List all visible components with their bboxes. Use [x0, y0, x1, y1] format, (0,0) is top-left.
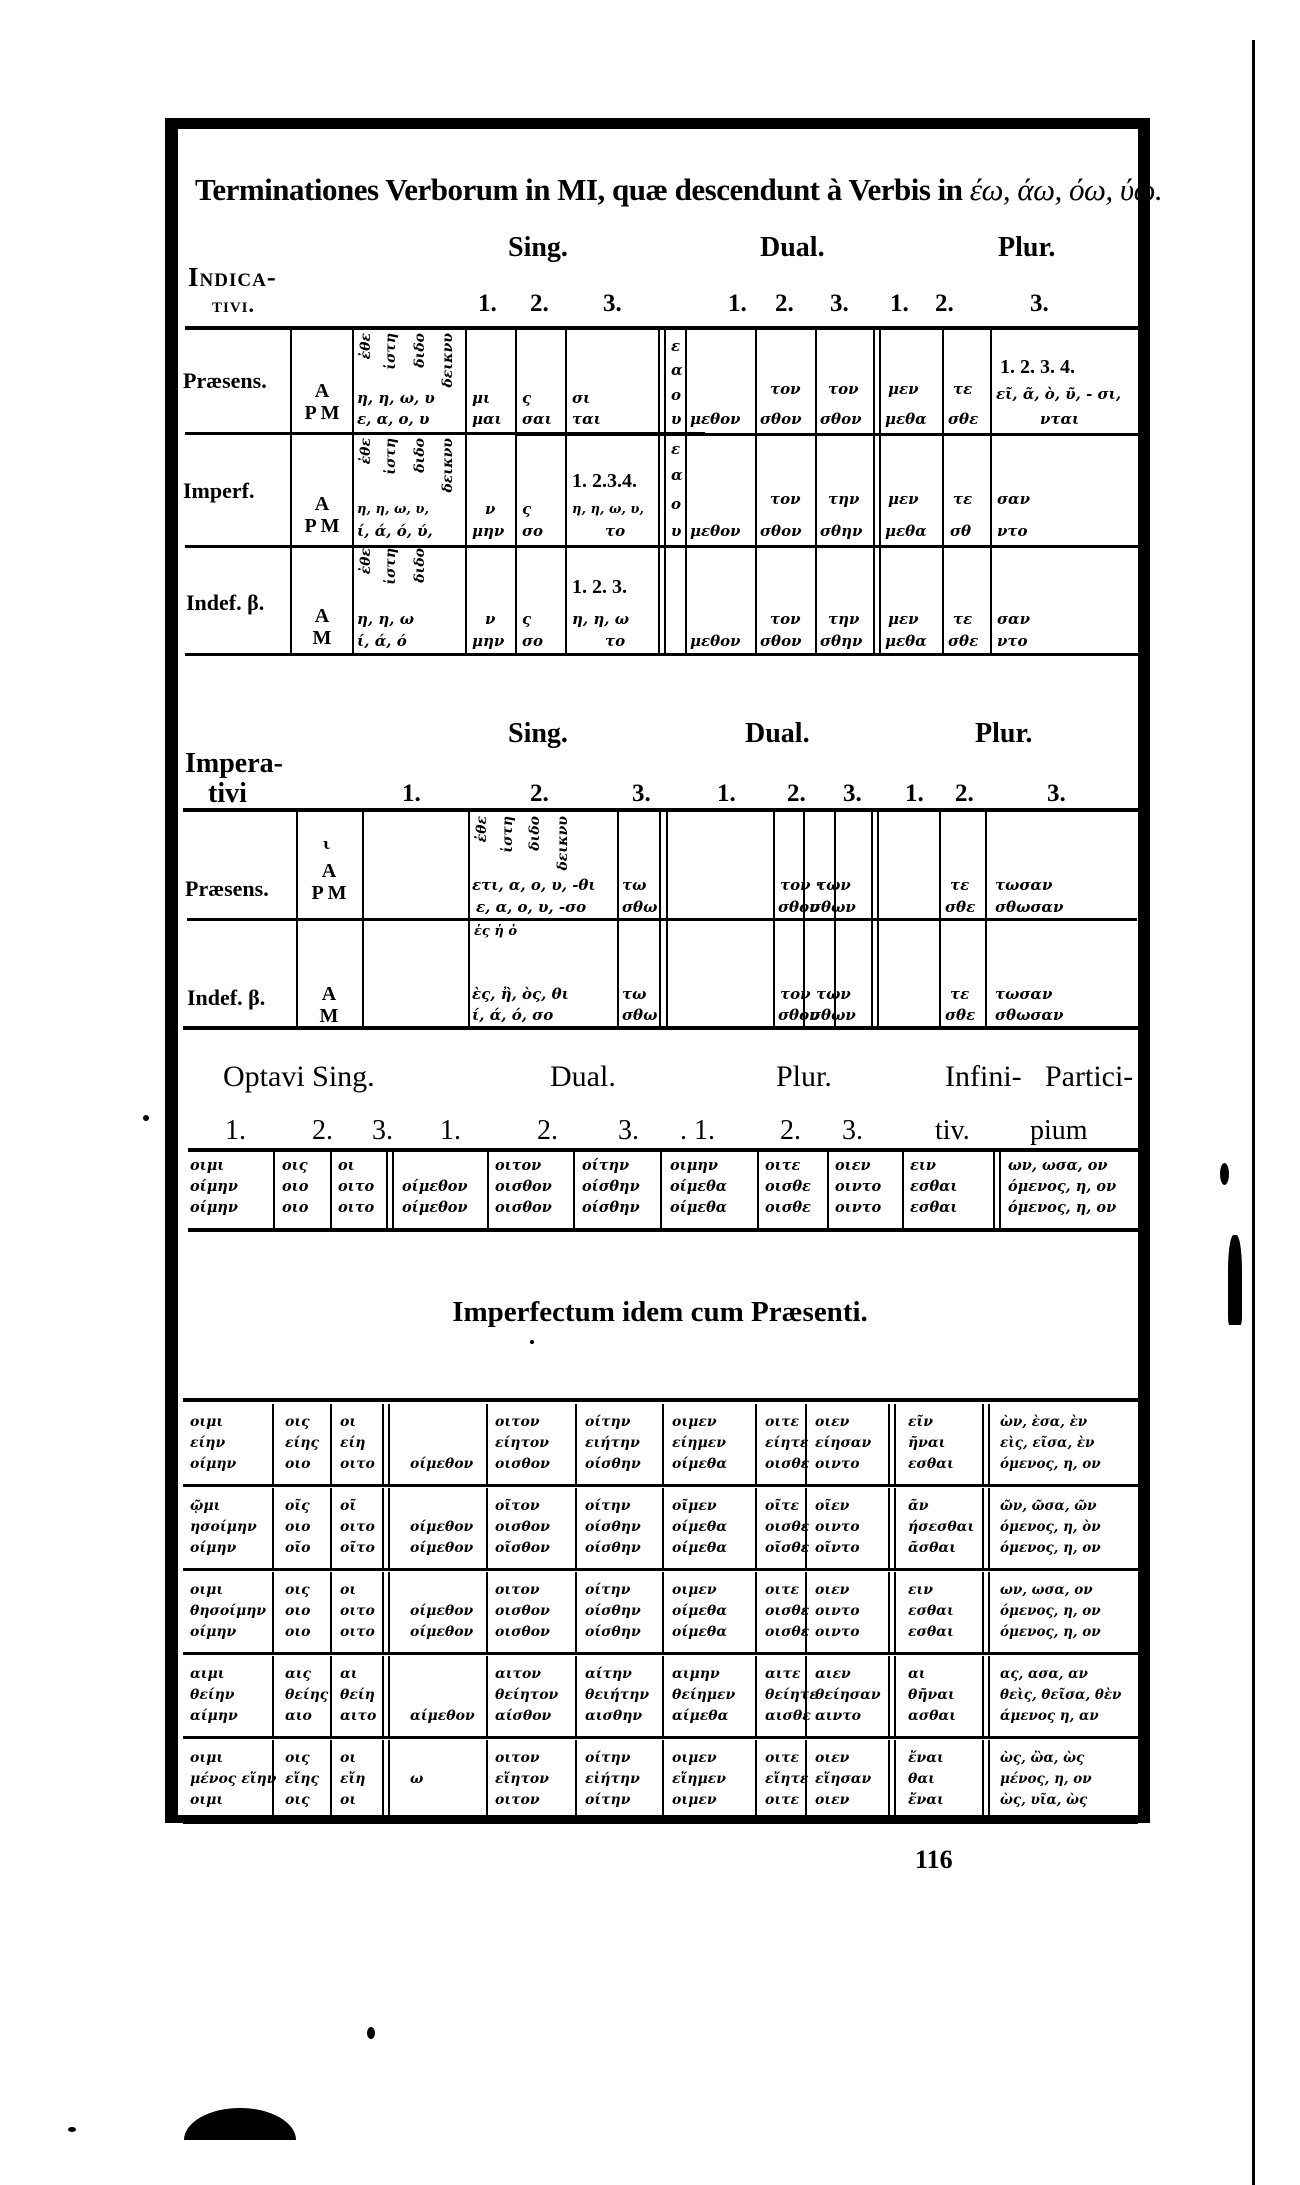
- column-c1: οιμιοίμηνοίμην: [190, 1155, 238, 1218]
- form: οιντο: [815, 1454, 871, 1475]
- person-2: 2.: [935, 290, 954, 318]
- paradigm-cell-c4: αίμεθον: [410, 1664, 475, 1727]
- form: αίμεθα: [672, 1706, 735, 1727]
- paradigm-cell-c9: αιενθείησαναιντο: [815, 1664, 881, 1727]
- ending: μεθα: [885, 522, 927, 541]
- column-divider: [575, 1572, 577, 1652]
- form: οισθε: [765, 1454, 809, 1475]
- ending: σθον: [760, 410, 801, 429]
- person-3: 3.: [603, 290, 622, 318]
- ending: σθων: [810, 1006, 856, 1025]
- ink-blot: [184, 2108, 296, 2140]
- ending: σο: [522, 632, 543, 651]
- form: είητον: [495, 1433, 550, 1454]
- scan-edge-line: [1252, 40, 1255, 2185]
- column-divider: [565, 330, 567, 655]
- person-1: 1.: [717, 780, 736, 808]
- paradigm-cell-c11: ῶν, ῶσα, ῶνόμενος, η, ὸνόμενος, η, ον: [1000, 1496, 1101, 1559]
- paradigm-cell-c4: οίμεθονοίμεθον: [410, 1580, 473, 1643]
- form: οῖσθε: [765, 1538, 809, 1559]
- column-c11: ων, ωσα, ονόμενος, η, ονόμενος, η, ον: [1008, 1155, 1116, 1218]
- header-rule: [183, 1398, 1138, 1402]
- stem-labels: ἑς ἡ ὀ: [474, 922, 517, 941]
- stems-passive: ε, α, ο, υ: [357, 410, 429, 429]
- form: ω: [410, 1769, 423, 1790]
- form: [410, 1685, 475, 1706]
- ending: σθω: [622, 898, 657, 917]
- ending: μι: [472, 389, 490, 408]
- ending: σο: [522, 522, 543, 541]
- form: οις: [285, 1748, 319, 1769]
- column-divider: [757, 1152, 759, 1228]
- column-c8: οιτεοισθεοισθε: [765, 1155, 811, 1218]
- form: [410, 1496, 473, 1517]
- column-divider: [685, 330, 687, 655]
- form: θεὶς, θεῖσα, θὲν: [1000, 1685, 1121, 1706]
- form: οιντο: [815, 1622, 860, 1643]
- form: οίσθην: [585, 1601, 641, 1622]
- paradigm-cell-c1: αιμιθείηναίμην: [190, 1664, 238, 1727]
- form: αι: [908, 1664, 956, 1685]
- ending: μεθα: [885, 410, 927, 429]
- column-divider: [999, 1152, 1001, 1228]
- form: ησοίμην: [190, 1517, 257, 1538]
- form: οῖο: [285, 1538, 310, 1559]
- header-optative-sing: Optavi Sing.: [223, 1060, 375, 1094]
- form: όμενος, η, ὸν: [1000, 1517, 1101, 1538]
- form: αιτε: [765, 1664, 818, 1685]
- form: οίμεθον: [410, 1517, 473, 1538]
- ending: σθω: [622, 1006, 657, 1025]
- ending: σθην: [820, 632, 862, 651]
- form: όμενος, η, ον: [1000, 1622, 1101, 1643]
- ending: τε: [950, 876, 969, 895]
- ending: σθην: [820, 522, 862, 541]
- ending: τον: [780, 985, 811, 1004]
- column-divider: [272, 1572, 274, 1652]
- ink-speck: [367, 2027, 375, 2039]
- form: οίμεθον: [410, 1538, 473, 1559]
- person-1: 1.: [440, 1115, 461, 1147]
- ending: σθον: [760, 522, 801, 541]
- column-c7: οιμηνοίμεθαοίμεθα: [670, 1155, 727, 1218]
- column-divider: [382, 1572, 384, 1652]
- row-rule: [183, 1736, 1138, 1739]
- row-label: Præsens.: [183, 368, 267, 394]
- ending: τον ·: [780, 876, 821, 895]
- person-1: 1.: [905, 780, 924, 808]
- form: αις: [285, 1664, 328, 1685]
- ending: ς: [522, 389, 531, 408]
- voice-marker: AP M: [292, 380, 352, 424]
- form: μένος, η, ον: [1000, 1769, 1092, 1790]
- header-sing: Sing.: [508, 718, 568, 750]
- ending: τον: [770, 610, 801, 629]
- paradigm-cell-c6: οίτηνοίσθηνοίσθην: [585, 1580, 641, 1643]
- ending: μεθα: [885, 632, 927, 651]
- form: οίμην: [190, 1454, 236, 1475]
- form: είησαν: [815, 1433, 871, 1454]
- paradigm-cell-c4: οίμεθονοίμεθον: [410, 1496, 473, 1559]
- form: οιεν: [835, 1155, 881, 1176]
- form: θείητον: [495, 1685, 558, 1706]
- person-1: 1.: [728, 290, 747, 318]
- person-2: 2.: [787, 780, 806, 808]
- header-plur: Plur.: [776, 1060, 832, 1094]
- stem-label-rotated: ἐθε: [358, 548, 374, 574]
- form: οι: [340, 1412, 375, 1433]
- column-c10: εινεσθαιεσθαι: [910, 1155, 957, 1218]
- form: οίμεθον: [410, 1622, 473, 1643]
- column-divider: [392, 1152, 394, 1228]
- form: οι: [338, 1155, 374, 1176]
- column-divider: [755, 1404, 757, 1484]
- column-divider: [755, 1488, 757, 1568]
- form: οίμεθα: [672, 1601, 727, 1622]
- form: οῖτον: [495, 1496, 550, 1517]
- form: οις: [285, 1412, 319, 1433]
- column-divider: [662, 1572, 664, 1652]
- form: οις: [285, 1790, 319, 1811]
- row-rule: [185, 653, 1140, 656]
- page-title: Terminationes Verborum in MI, quæ descen…: [195, 172, 1155, 208]
- form: αιτο: [340, 1706, 376, 1727]
- column-divider: [330, 1656, 332, 1736]
- form: οιμι: [190, 1580, 266, 1601]
- form: ων, ωσα, ον: [1008, 1155, 1116, 1176]
- column-c4: οίμεθονοίμεθον: [402, 1155, 468, 1218]
- form: ειήτην: [585, 1433, 641, 1454]
- column-divider: [352, 330, 354, 655]
- dual-marker: ο: [671, 386, 681, 405]
- ending: μην: [472, 632, 504, 651]
- title-greek: έω, άω, όω, ύω.: [970, 172, 1163, 207]
- form: οιτε: [765, 1580, 809, 1601]
- ending: σθε: [948, 632, 978, 651]
- form: θαι: [908, 1769, 944, 1790]
- column-divider: [388, 1656, 390, 1736]
- form: οῖμεν: [672, 1496, 727, 1517]
- column-divider: [330, 1404, 332, 1484]
- form: οιτο: [340, 1622, 375, 1643]
- column-divider: [662, 1656, 664, 1736]
- column-divider: [272, 1656, 274, 1736]
- form: οίτην: [585, 1748, 640, 1769]
- form: οιεν: [815, 1748, 871, 1769]
- form: οίσθην: [585, 1622, 641, 1643]
- ending: τε: [953, 380, 972, 399]
- ending: σθωσαν: [995, 1006, 1063, 1025]
- ending: τε: [953, 610, 972, 629]
- paradigm-cell-c7: οιμενοίμεθαοίμεθα: [672, 1580, 727, 1643]
- ending: η, η, ω: [572, 610, 629, 629]
- column-divider: [388, 1572, 390, 1652]
- dual-marker: ε: [671, 440, 680, 459]
- form: θείησαν: [815, 1685, 881, 1706]
- ending: σθωσαν: [995, 898, 1063, 917]
- column-divider: [755, 330, 757, 655]
- stem-label-rotated: ἱστη: [500, 816, 516, 853]
- ending: η, η, ω, υ,: [572, 500, 644, 519]
- form: αιμι: [190, 1664, 238, 1685]
- paradigm-cell-c5: οιτονοισθονοισθον: [495, 1580, 550, 1643]
- form: θείη: [340, 1685, 376, 1706]
- form: οῖ: [340, 1496, 375, 1517]
- paradigm-cell-c10: εινεσθαιεσθαι: [908, 1580, 954, 1643]
- paradigm-cell-c2: οιςοιοοιο: [285, 1580, 310, 1643]
- form: εἴητε: [765, 1769, 808, 1790]
- column-divider: [815, 330, 817, 655]
- paradigm-cell-c9: οιενείησανοιντο: [815, 1412, 871, 1475]
- stem-label-rotated: δεικνυ: [440, 438, 456, 493]
- column-divider: [330, 1572, 332, 1652]
- ending-variants-header: 1. 2.3.4.: [572, 472, 637, 491]
- voice-passive-middle: P M: [292, 402, 352, 424]
- ending: μεν: [888, 610, 919, 629]
- form: οιμι: [190, 1748, 276, 1769]
- column-divider: [575, 1404, 577, 1484]
- column-divider: [982, 1656, 984, 1736]
- column-divider: [388, 1488, 390, 1568]
- ending: σθε: [945, 1006, 975, 1025]
- person-1: 1.: [890, 290, 909, 318]
- ending: σθον: [820, 410, 861, 429]
- paradigm-cell-c6: οίτηνειήτηνοίσθην: [585, 1412, 641, 1475]
- form: οιντο: [835, 1176, 881, 1197]
- paradigm-cell-c11: ων, ωσα, ονόμενος, η, ονόμενος, η, ον: [1000, 1580, 1101, 1643]
- voice-active: A: [292, 380, 352, 402]
- column-divider: [888, 1404, 890, 1484]
- column-divider: [388, 1740, 390, 1820]
- form: εσθαι: [910, 1197, 957, 1218]
- voice-active: A: [298, 983, 360, 1005]
- form: οιο: [282, 1176, 308, 1197]
- person-3: 3.: [830, 290, 849, 318]
- ending: μεθον: [690, 632, 741, 651]
- paradigm-cell-c2: αιςθείηςαιο: [285, 1664, 328, 1727]
- form: οιο: [285, 1517, 310, 1538]
- stem-label-rotated: διδο: [527, 816, 543, 851]
- form: εἴητον: [495, 1769, 549, 1790]
- header-plur: Plur.: [975, 718, 1032, 750]
- form: οίμεθον: [410, 1601, 473, 1622]
- form: ειν: [910, 1155, 957, 1176]
- paradigm-cell-c11: ας, ασα, ανθεὶς, θεῖσα, θὲνάμενος η, αν: [1000, 1664, 1121, 1727]
- form: θειήτην: [585, 1685, 649, 1706]
- column-divider: [386, 1152, 388, 1228]
- form: είημεν: [672, 1433, 727, 1454]
- form: ων, ωσα, ον: [1000, 1580, 1101, 1601]
- form: οίσθην: [582, 1197, 640, 1218]
- mood-label-imperative-1: Impera-: [185, 748, 283, 780]
- column-divider: [988, 1488, 990, 1568]
- row-rule: [515, 433, 1140, 436]
- column-divider: [982, 1488, 984, 1568]
- ending: σαι: [522, 410, 552, 429]
- column-divider: [894, 1488, 896, 1568]
- form: οίμεθα: [670, 1197, 727, 1218]
- column-divider: [982, 1572, 984, 1652]
- stem-label-rotated: ἱστη: [383, 438, 399, 475]
- form: οις: [285, 1580, 310, 1601]
- form: οῖντο: [815, 1538, 860, 1559]
- paradigm-cell-c1: οιμιθησοίμηνοίμην: [190, 1580, 266, 1643]
- column-divider: [988, 1404, 990, 1484]
- form: ασθαι: [908, 1706, 956, 1727]
- voice-middle: M: [298, 1005, 360, 1027]
- row-label: Imperf.: [183, 478, 254, 504]
- header-rule: [183, 808, 1141, 812]
- column-divider: [515, 330, 517, 655]
- dual-marker: ο: [671, 495, 681, 514]
- column-divider: [990, 330, 992, 655]
- column-divider: [894, 1572, 896, 1652]
- form: αιεν: [815, 1664, 881, 1685]
- ink-speck: [1228, 1235, 1242, 1325]
- form: ὼς, ὢα, ὼς: [1000, 1748, 1092, 1769]
- paradigm-cell-c3: οιοιτοοιτο: [340, 1580, 375, 1643]
- form: ῷμι: [190, 1496, 257, 1517]
- form: θησοίμην: [190, 1601, 266, 1622]
- column-divider: [273, 1152, 275, 1228]
- form: αίμεθον: [410, 1706, 475, 1727]
- form: οίμεθα: [672, 1622, 727, 1643]
- stem-label-rotated: ἱστη: [383, 548, 399, 585]
- paradigm-cell-c9: οιενεἴησανοιεν: [815, 1748, 871, 1811]
- form: οιμεν: [672, 1412, 727, 1433]
- ending: σθων: [810, 898, 856, 917]
- paradigm-cell-c1: οιμιμένος εἴηνοιμι: [190, 1748, 276, 1811]
- column-divider: [662, 1740, 664, 1820]
- mood-label-indicative-1: Indica-: [188, 262, 277, 293]
- form: ὼς, υῖα, ὼς: [1000, 1790, 1092, 1811]
- column-divider: [486, 1740, 488, 1820]
- paradigm-cell-c5: οιτονεἴητονοιτον: [495, 1748, 549, 1811]
- form: οῖτο: [340, 1538, 375, 1559]
- column-divider: [388, 1404, 390, 1484]
- column-divider: [486, 1404, 488, 1484]
- ending: τε: [950, 985, 969, 1004]
- person-3: 3.: [632, 780, 651, 808]
- ending: τον: [828, 380, 859, 399]
- ending: ὲς, ἢ, ὸς, θι: [472, 985, 569, 1004]
- header-dual: Dual.: [760, 232, 825, 264]
- ending: ν: [485, 610, 495, 629]
- form: οίτην: [585, 1412, 641, 1433]
- form: οιο: [285, 1622, 310, 1643]
- ending: ς: [522, 610, 531, 629]
- stem-label-rotated: δεικνυ: [555, 816, 571, 871]
- ending: σθε: [948, 410, 978, 429]
- person-1: 1.: [402, 780, 421, 808]
- form: είητε: [765, 1433, 809, 1454]
- form: οισθον: [495, 1601, 550, 1622]
- form: όμενος, η, ον: [1008, 1176, 1116, 1197]
- ink-speck: [68, 2127, 76, 2132]
- ending: ί, ά, ό, σο: [472, 1006, 553, 1025]
- stem-label-rotated: διδο: [412, 333, 428, 368]
- person-2: 2.: [537, 1115, 558, 1147]
- column-divider: [330, 1152, 332, 1228]
- ending: των: [816, 985, 851, 1004]
- form: οι: [340, 1748, 365, 1769]
- form: αι: [340, 1664, 376, 1685]
- column-c2: οιςοιοοιο: [282, 1155, 308, 1218]
- header-dual: Dual.: [745, 718, 810, 750]
- column-divider: [658, 330, 660, 655]
- form: οιτον: [495, 1412, 550, 1433]
- paradigm-cell-c9: οῖενοιντοοῖντο: [815, 1496, 860, 1559]
- voice-middle: M: [292, 627, 352, 649]
- form: οιο: [285, 1454, 319, 1475]
- column-divider: [988, 1572, 990, 1652]
- form: ῶν, ῶσα, ῶν: [1000, 1496, 1101, 1517]
- ending: ς: [522, 500, 531, 519]
- paradigm-cell-c5: οιτονείητονοισθον: [495, 1412, 550, 1475]
- ending: ται: [572, 410, 601, 429]
- ending: ν: [485, 500, 495, 519]
- ending: την: [828, 610, 859, 629]
- person-2: 2.: [312, 1115, 333, 1147]
- form: οίμεθα: [672, 1454, 727, 1475]
- paradigm-cell-c10: ᾶνήσεσθαιᾶσθαι: [908, 1496, 974, 1559]
- form: οιμι: [190, 1790, 276, 1811]
- ending-variants-header: 1. 2. 3.: [572, 578, 627, 597]
- paradigm-cell-c8: οιτεοισθεοισθε: [765, 1580, 809, 1643]
- column-divider: [755, 1740, 757, 1820]
- paradigm-cell-c2: οιςεἴηςοις: [285, 1748, 319, 1811]
- column-divider: [330, 1740, 332, 1820]
- column-divider: [575, 1656, 577, 1736]
- form: όμενος, η, ον: [1008, 1197, 1116, 1218]
- form: οιεν: [815, 1412, 871, 1433]
- ending: σαν: [997, 490, 1030, 509]
- voice-active: A: [292, 493, 352, 515]
- person-3: 3.: [843, 780, 862, 808]
- form: οίμην: [190, 1622, 266, 1643]
- person-2: 2.: [775, 290, 794, 318]
- form: μένος εἴην: [190, 1769, 276, 1790]
- stems-active: η, η, ω, υ,: [357, 500, 429, 519]
- ending: τον: [770, 380, 801, 399]
- voice-marker: AP M: [298, 860, 360, 904]
- form: οιτο: [338, 1176, 374, 1197]
- form: οισθον: [495, 1622, 550, 1643]
- ending: τε: [953, 490, 972, 509]
- person-3: 3.: [1030, 290, 1049, 318]
- column-divider: [894, 1404, 896, 1484]
- form: οιμην: [670, 1155, 727, 1176]
- form: οισθε: [765, 1176, 811, 1197]
- header-dual: Dual.: [550, 1060, 616, 1094]
- infinitive-subheader: tiv.: [935, 1115, 970, 1147]
- ending: των: [816, 876, 851, 895]
- column-divider: [382, 1656, 384, 1736]
- form: ειν: [908, 1580, 954, 1601]
- ending: ντο: [997, 632, 1028, 651]
- paradigm-cell-c3: οιείηοιτο: [340, 1412, 375, 1475]
- paradigm-cell-c6: οίτηνεἰήτηνοίτην: [585, 1748, 640, 1811]
- form: οισθε: [765, 1197, 811, 1218]
- stems-active: η, η, ω, υ: [357, 389, 435, 408]
- form: οιτον: [495, 1580, 550, 1601]
- form: αιντο: [815, 1706, 881, 1727]
- form: οίμεθα: [672, 1538, 727, 1559]
- form: εὶς, εῖσα, ὲν: [1000, 1433, 1101, 1454]
- form: οῖσθον: [495, 1538, 550, 1559]
- column-divider: [888, 1740, 890, 1820]
- dual-marker: α: [671, 361, 683, 380]
